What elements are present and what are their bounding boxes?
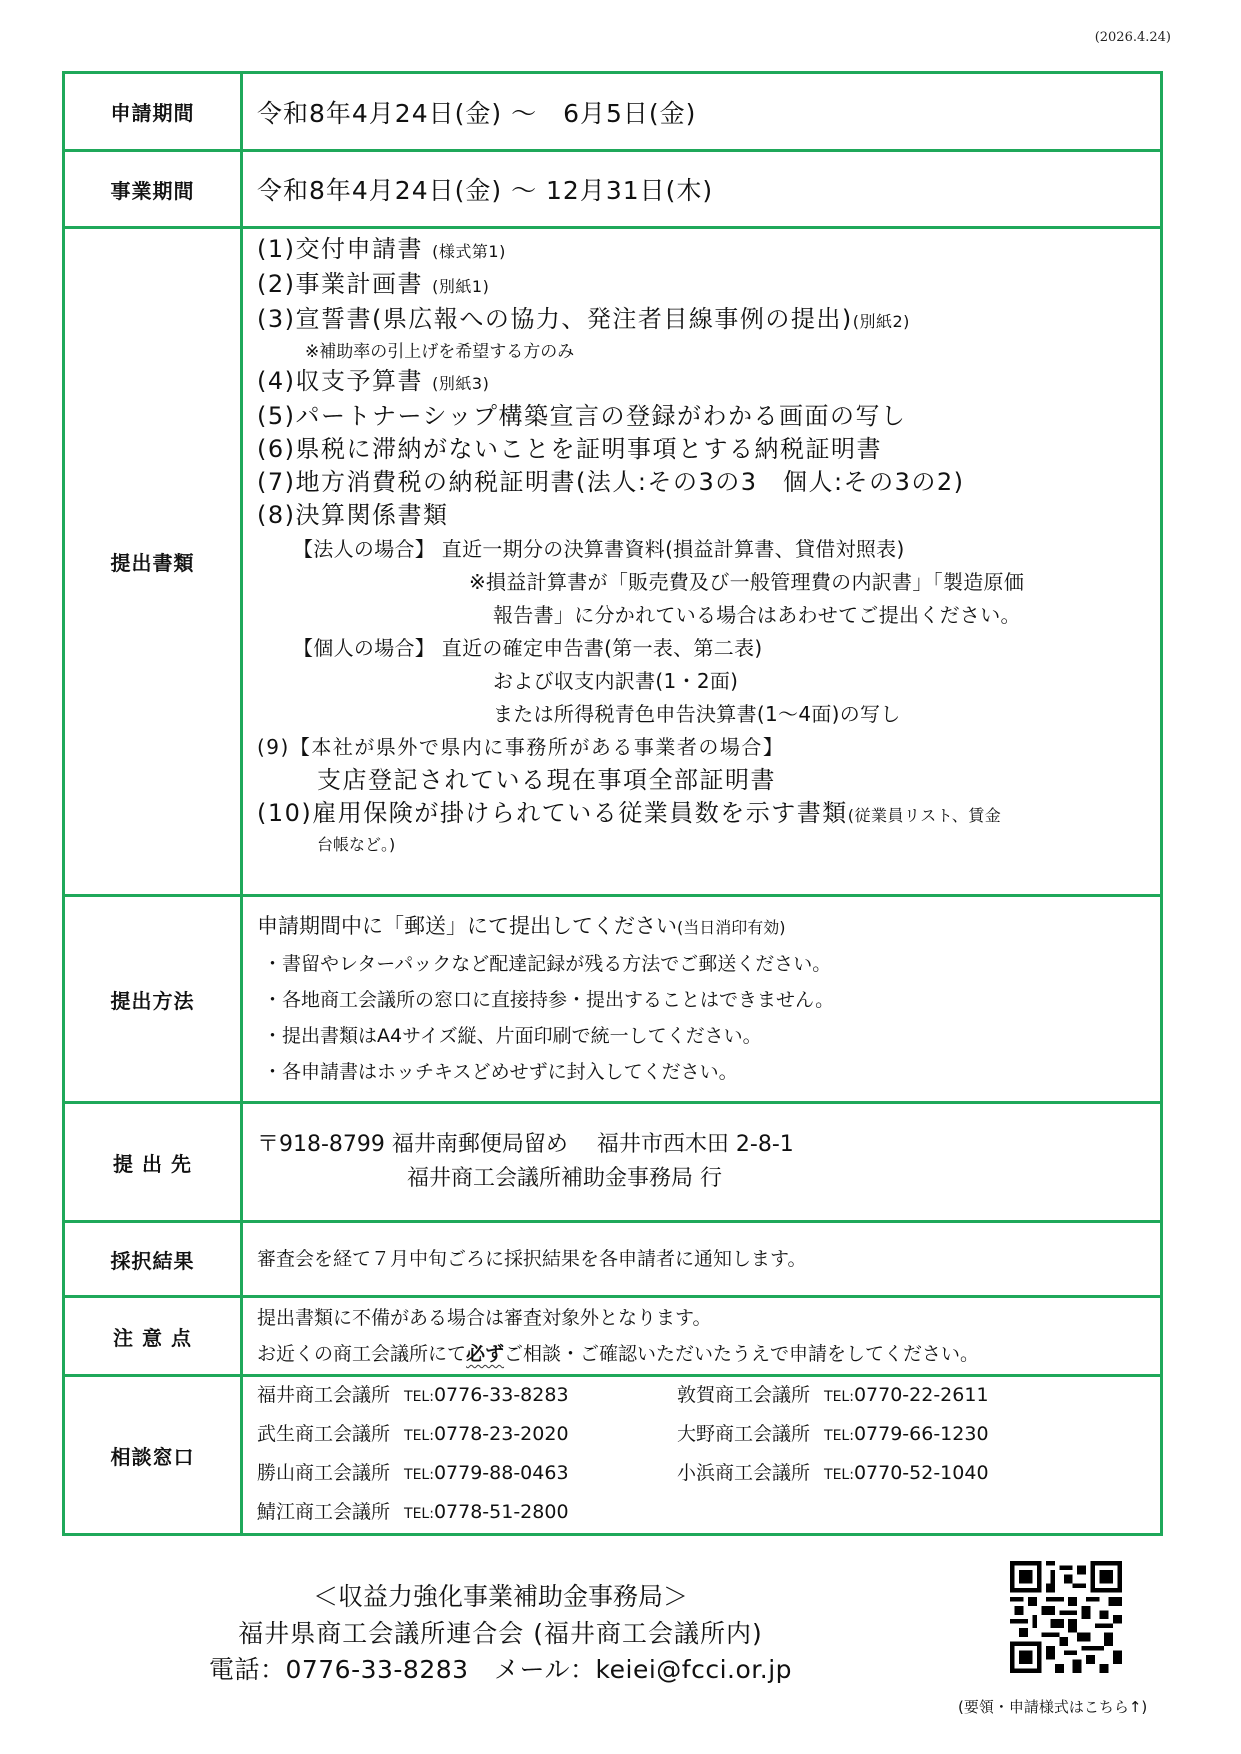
label-caution: 注 意 点	[64, 1297, 242, 1376]
method-bullet-1: ・書留やレターパックなど配達記録が残る方法でご郵送ください。	[257, 946, 1150, 982]
method-bullet-2: ・各地商工会議所の窓口に直接持参・提出することはできません。	[257, 982, 1150, 1018]
doc-item-6: (6)県税に滞納がないことを証明事項とする納税証明書	[257, 433, 1150, 466]
label-application-period: 申請期間	[64, 73, 242, 151]
settlement-individual-3: または所得税青色申告決算書(1〜4面)の写し	[257, 698, 1150, 731]
destination-line-2: 福井商工会議所補助金事務局 行	[257, 1162, 1150, 1196]
doc-item-3: (3)宣誓書(県広報への協力、発注者目線事例の提出)(別紙2)	[257, 303, 1150, 338]
label-contacts: 相談窓口	[64, 1376, 242, 1535]
row-caution: 注 意 点 提出書類に不備がある場合は審査対象外となります。 お近くの商工会議所…	[64, 1297, 1162, 1376]
label-documents: 提出書類	[64, 228, 242, 896]
label-result: 採択結果	[64, 1222, 242, 1297]
row-contacts: 相談窓口 福井商工会議所TEL:0776-33-8283 敦賀商工会議所TEL:…	[64, 1376, 1162, 1535]
qr-code-icon[interactable]	[1010, 1561, 1122, 1673]
doc-item-2: (2)事業計画書 (別紙1)	[257, 268, 1150, 303]
application-info-table: 申請期間 令和8年4月24日(金) 〜 6月5日(金) 事業期間 令和8年4月2…	[62, 71, 1163, 1536]
contact-ono: 大野商工会議所TEL:0779-66-1230	[677, 1416, 1097, 1455]
label-project-period: 事業期間	[64, 151, 242, 228]
label-destination: 提 出 先	[64, 1103, 242, 1222]
method-bullet-4: ・各申請書はホッチキスどめせずに封入してください。	[257, 1054, 1150, 1090]
doc-item-5: (5)パートナーシップ構築宣言の登録がわかる画面の写し	[257, 400, 1150, 433]
row-submission-method: 提出方法 申請期間中に「郵送」にて提出してください(当日消印有効) ・書留やレタ…	[64, 896, 1162, 1103]
footer-contact: 電話：0776-33-8283 メール：keiei@fcci.or.jp	[0, 1650, 1121, 1686]
contact-katsuyama: 勝山商工会議所TEL:0779-88-0463	[257, 1455, 677, 1494]
doc-item-9-body: 支店登記されている現在事項全部証明書	[257, 764, 1150, 797]
doc-item-7: (7)地方消費税の納税証明書(法人:その3の3 個人:その3の2)	[257, 466, 1150, 499]
contacts-grid: 福井商工会議所TEL:0776-33-8283 敦賀商工会議所TEL:0770-…	[257, 1377, 1150, 1533]
method-bullet-3: ・提出書類はA4サイズ縦、片面印刷で統一してください。	[257, 1018, 1150, 1054]
settlement-corporate-note-2: 報告書」に分かれている場合はあわせてご提出ください。	[257, 599, 1150, 632]
label-submission-method: 提出方法	[64, 896, 242, 1103]
destination-line-1: 〒918-8799 福井南郵便局留め 福井市西木田 2-8-1	[257, 1128, 1150, 1162]
doc-item-3-note: ※補助率の引上げを希望する方のみ	[257, 339, 1150, 365]
qr-caption: (要領・申請様式はこちら↑)	[958, 1696, 1147, 1717]
settlement-individual-2: および収支内訳書(1・2面)	[257, 665, 1150, 698]
doc-item-4: (4)収支予算書 (別紙3)	[257, 365, 1150, 400]
contact-takefu: 武生商工会議所TEL:0778-23-2020	[257, 1416, 677, 1455]
caution-line-1: 提出書類に不備がある場合は審査対象外となります。	[257, 1300, 1150, 1336]
doc-item-9-head: (9)【本社が県外で県内に事務所がある事業者の場合】	[257, 731, 1150, 764]
settlement-corporate: 【法人の場合】 直近一期分の決算書資料(損益計算書、貸借対照表)	[257, 533, 1150, 566]
contact-tsuruga: 敦賀商工会議所TEL:0770-22-2611	[677, 1377, 1097, 1416]
date-stamp: (2026.4.24)	[1095, 30, 1171, 45]
contact-fukui: 福井商工会議所TEL:0776-33-8283	[257, 1377, 677, 1416]
row-project-period: 事業期間 令和8年4月24日(金) 〜 12月31日(木)	[64, 151, 1162, 228]
row-documents: 提出書類 (1)交付申請書 (様式第1) (2)事業計画書 (別紙1) (3)宣…	[64, 228, 1162, 896]
row-result: 採択結果 審査会を経て７月中旬ごろに採択結果を各申請者に通知します。	[64, 1222, 1162, 1297]
footer-org: 福井県商工会議所連合会 (福井商工会議所内)	[0, 1614, 1121, 1650]
row-destination: 提 出 先 〒918-8799 福井南郵便局留め 福井市西木田 2-8-1 福井…	[64, 1103, 1162, 1222]
contact-sabae: 鯖江商工会議所TEL:0778-51-2800	[257, 1494, 677, 1533]
project-period-value: 令和8年4月24日(金) 〜 12月31日(木)	[257, 176, 713, 205]
doc-item-10-wrap: 台帳など。)	[257, 832, 1150, 858]
settlement-corporate-note-1: ※損益計算書が「販売費及び一般管理費の内訳書」「製造原価	[257, 566, 1150, 599]
doc-item-10: (10)雇用保険が掛けられている従業員数を示す書類(従業員リスト、賃金	[257, 797, 1150, 832]
contact-obama: 小浜商工会議所TEL:0770-52-1040	[677, 1455, 1097, 1494]
caution-line-2: お近くの商工会議所にて必ずご相談・ご確認いただいたうえで申請をしてください。	[257, 1336, 1150, 1372]
doc-item-8: (8)決算関係書類	[257, 499, 1150, 532]
caution-emphasis: 必ず	[466, 1343, 504, 1365]
row-application-period: 申請期間 令和8年4月24日(金) 〜 6月5日(金)	[64, 73, 1162, 151]
settlement-individual: 【個人の場合】 直近の確定申告書(第一表、第二表)	[257, 632, 1150, 665]
method-head: 申請期間中に「郵送」にて提出してください(当日消印有効)	[257, 908, 1150, 946]
footer-office: ＜収益力強化事業補助金事務局＞	[0, 1577, 1121, 1613]
result-text: 審査会を経て７月中旬ごろに採択結果を各申請者に通知します。	[257, 1241, 1150, 1277]
application-period-value: 令和8年4月24日(金) 〜 6月5日(金)	[257, 99, 696, 128]
doc-item-1: (1)交付申請書 (様式第1)	[257, 233, 1150, 268]
